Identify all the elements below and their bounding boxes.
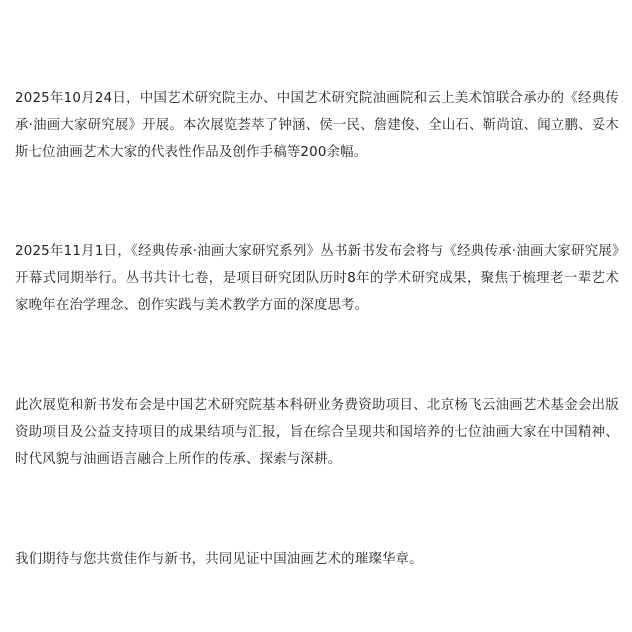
paragraph-project-funding: 此次展览和新书发布会是中国艺术研究院基本科研业务费资助项目、北京杨飞云油画艺术基…: [15, 392, 619, 473]
paragraph-book-launch: 2025年11月1日，《经典传承·油画大家研究系列》丛书新书发布会将与《经典传承…: [15, 238, 619, 319]
paragraph-closing-invitation: 我们期待与您共赏佳作与新书，共同见证中国油画艺术的璀璨华章。: [15, 546, 619, 573]
paragraph-exhibition-opening: 2025年10月24日，中国艺术研究院主办、中国艺术研究院油画院和云上美术馆联合…: [15, 85, 619, 166]
